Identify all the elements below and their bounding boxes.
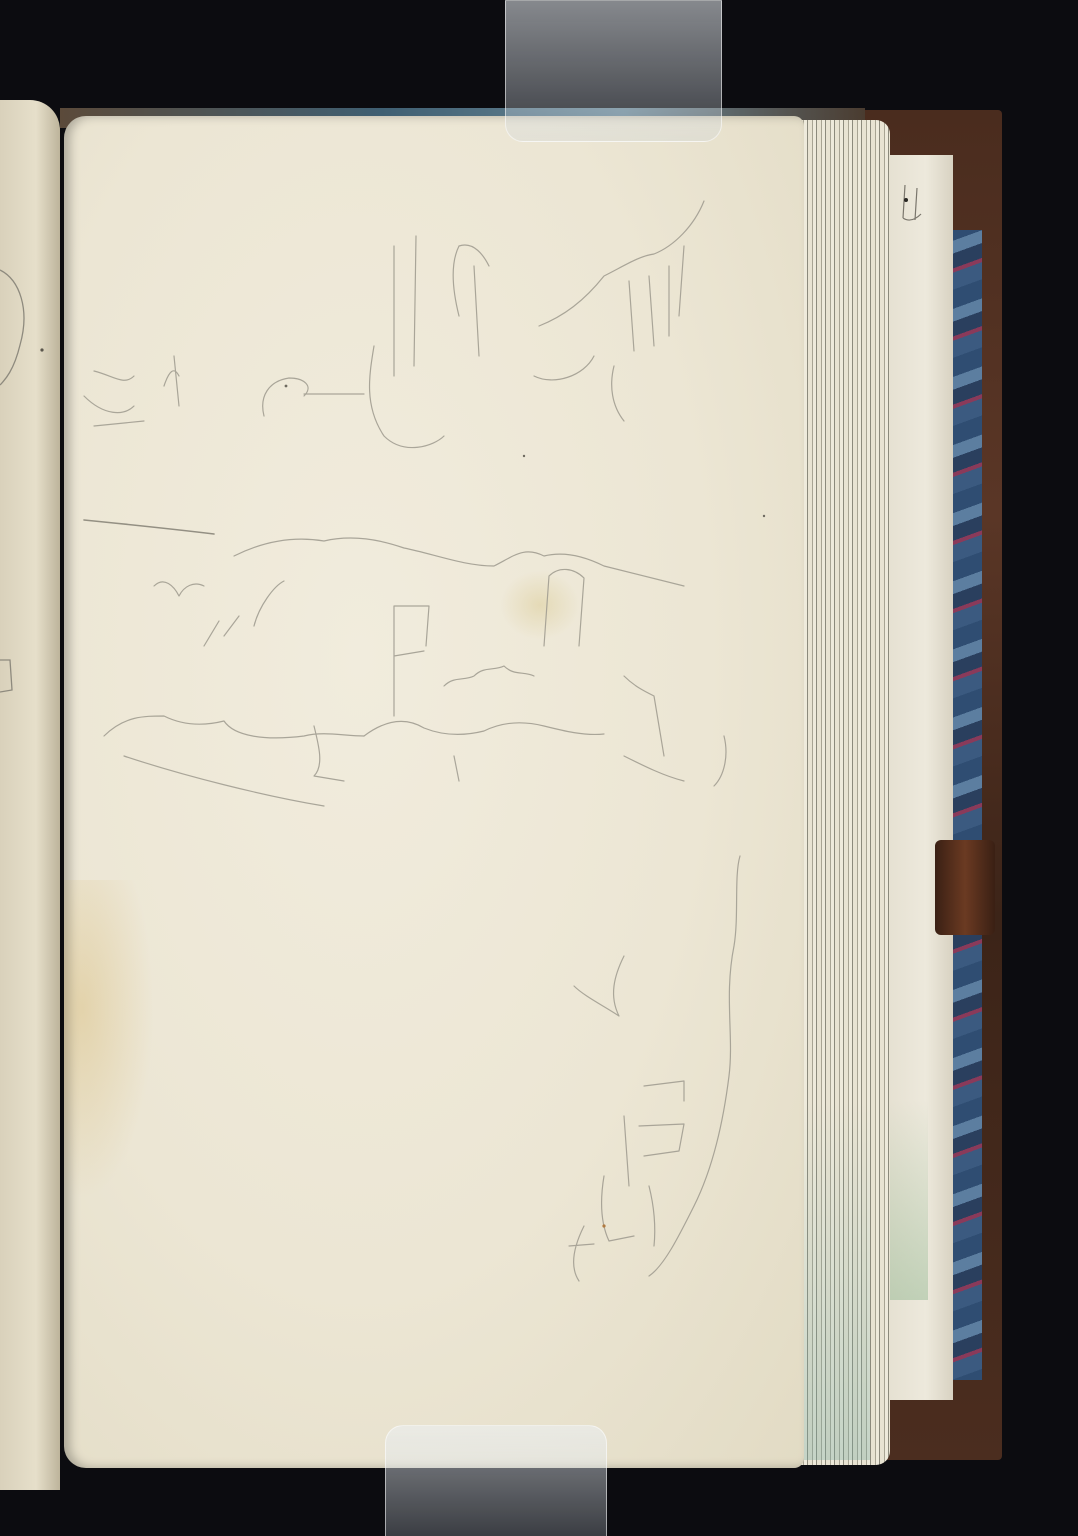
pencil-sketches [64, 116, 804, 1468]
endpaper-stain [888, 1100, 928, 1300]
left-page-sketch [0, 0, 64, 720]
endpaper-pencil-mark [895, 180, 935, 230]
page-holder-clip-bottom [385, 1425, 607, 1536]
leather-strap [935, 840, 995, 935]
sketch-cliff-study [569, 856, 740, 1281]
sketch-hilltop-castle [84, 520, 726, 806]
sketch-ruin-arches [84, 201, 704, 448]
page-holder-clip-top [505, 0, 722, 142]
